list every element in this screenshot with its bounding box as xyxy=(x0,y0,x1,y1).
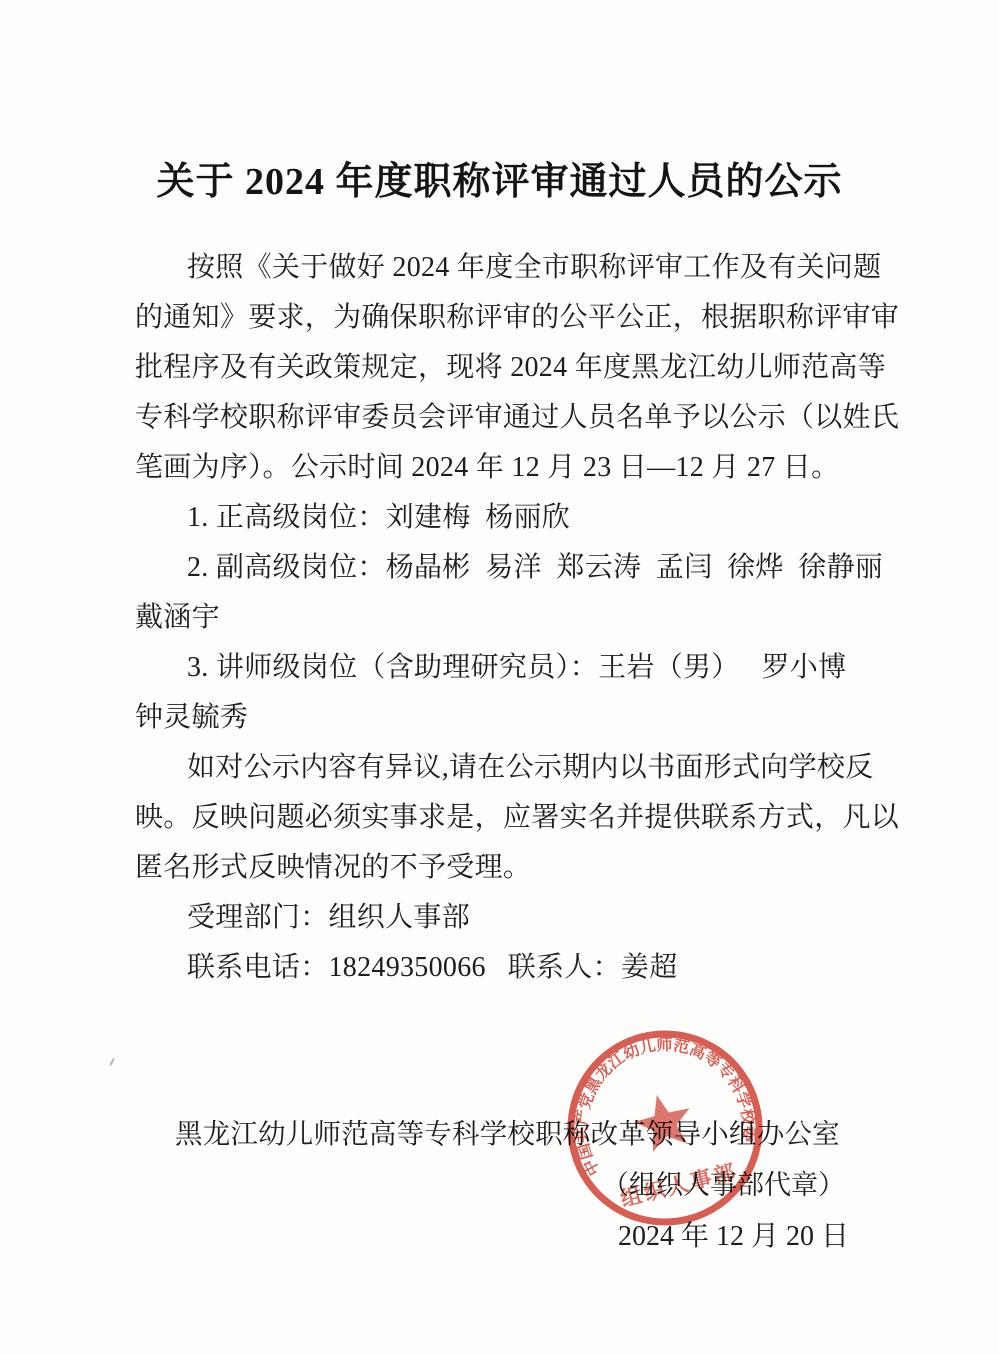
body-line: 按照《关于做好 2024 年度全市职称评审工作及有关问题 xyxy=(135,243,910,293)
signature-date: 2024 年 12 月 20 日 xyxy=(618,1214,849,1254)
document-body: 按照《关于做好 2024 年度全市职称评审工作及有关问题的通知》要求，为确保职称… xyxy=(135,243,910,993)
body-line: 戴涵宇 xyxy=(135,593,910,643)
body-line: 受理部门：组织人事部 xyxy=(135,893,910,943)
body-line: 匿名形式反映情况的不予受理。 xyxy=(135,843,910,893)
signature-organization: 黑龙江幼儿师范高等专科学校职称改革领导小组办公室 xyxy=(175,1111,840,1151)
document-title: 关于 2024 年度职称评审通过人员的公示 xyxy=(0,157,999,207)
body-line: 的通知》要求，为确保职称评审的公平公正，根据职称评审审 xyxy=(135,293,910,343)
body-line: 联系电话：18249350066 联系人：姜超 xyxy=(135,943,910,993)
body-line: 批程序及有关政策规定，现将 2024 年度黑龙江幼儿师范高等 xyxy=(135,343,910,393)
document-page: 关于 2024 年度职称评审通过人员的公示 按照《关于做好 2024 年度全市职… xyxy=(0,0,999,1354)
body-line: 专科学校职称评审委员会评审通过人员名单予以公示（以姓氏 xyxy=(135,393,910,443)
body-line: 映。反映问题必须实事求是，应署实名并提供联系方式，凡以 xyxy=(135,793,910,843)
body-line: 笔画为序）。公示时间 2024 年 12 月 23 日—12 月 27 日。 xyxy=(135,443,910,493)
body-line: 如对公示内容有异议,请在公示期内以书面形式向学校反 xyxy=(135,743,910,793)
stray-pen-mark xyxy=(109,1058,115,1066)
body-line: 钟灵毓秀 xyxy=(135,693,910,743)
body-line: 3. 讲师级岗位（含助理研究员）：王岩（男） 罗小博 xyxy=(135,643,910,693)
signature-seal-note: （组织人事部代章） xyxy=(602,1163,845,1202)
body-line: 2. 副高级岗位：杨晶彬 易洋 郑云涛 孟闫 徐烨 徐静丽 xyxy=(135,543,910,593)
body-line: 1. 正高级岗位：刘建梅 杨丽欣 xyxy=(135,493,910,543)
